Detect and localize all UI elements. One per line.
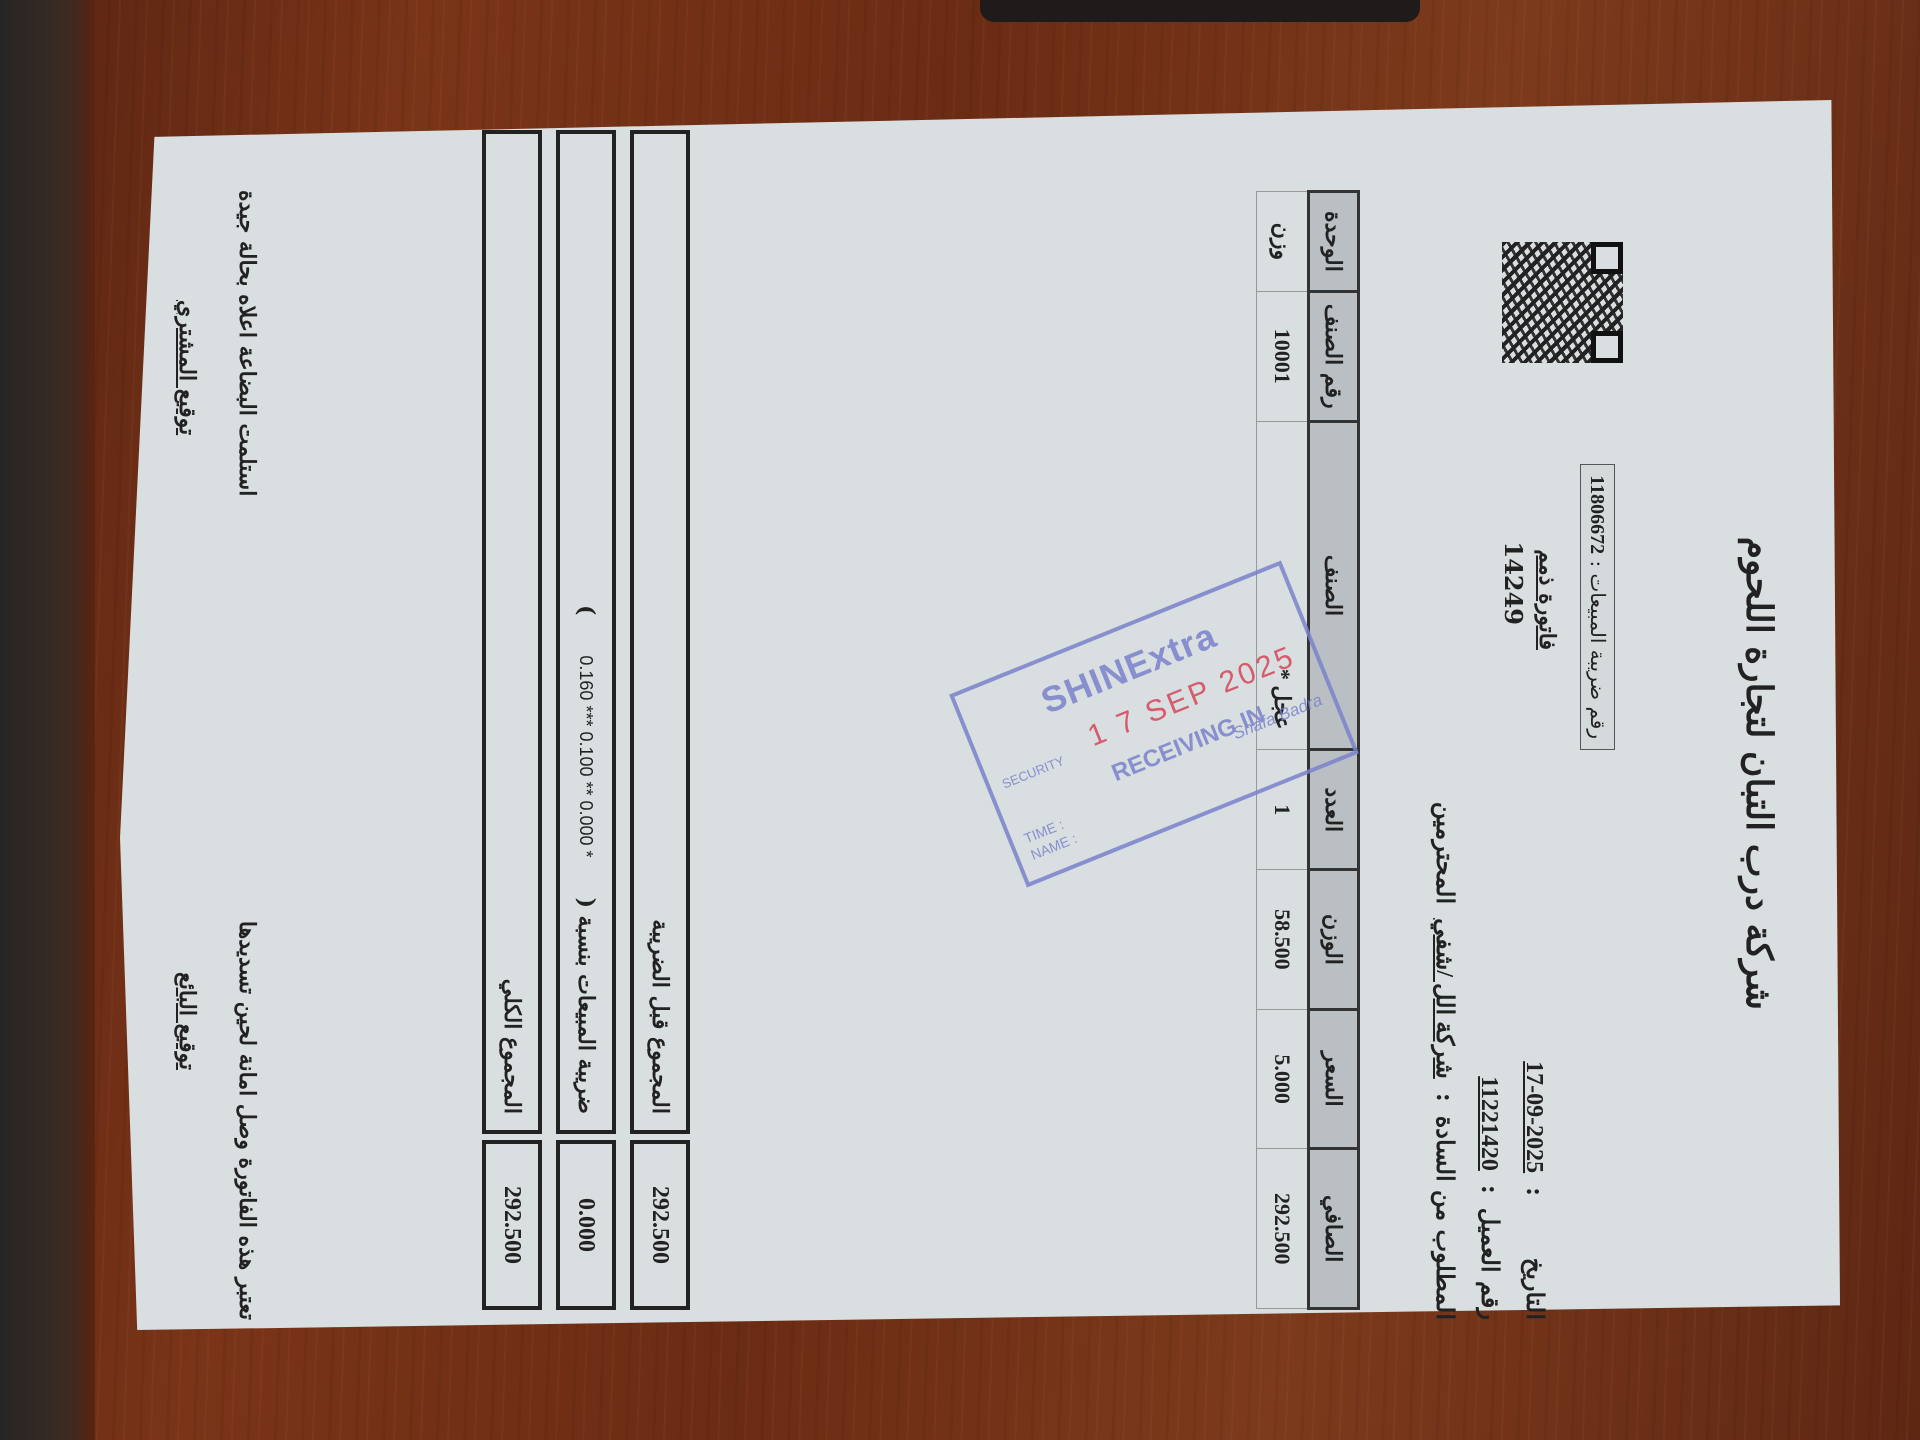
- tax-value: 0.000: [556, 1140, 616, 1310]
- company-name: شركة درب التبان لتجارة اللحوم: [1738, 537, 1780, 1010]
- cell-unit: وزن: [1257, 192, 1309, 292]
- tax-close: ): [573, 605, 599, 615]
- cell-weight: 58.500: [1257, 870, 1309, 1010]
- total-label: المجموع الكلي: [482, 130, 542, 1134]
- trust-receipt-note: تعتبر هذه الفاتورة وصل امانة لحين تسديده…: [234, 921, 260, 1320]
- tax-number-box: رقم ضريبة المبيعات : 11806672: [1580, 464, 1615, 750]
- qr-code: [1500, 240, 1625, 365]
- customer-number-row: رقم العميل : 11221420: [1475, 1076, 1505, 1320]
- date-row: التاريخ : 17-09-2025: [1520, 1061, 1550, 1320]
- invoice-type: فاتورة ذمم: [1534, 549, 1560, 650]
- customer-number-label: رقم العميل: [1476, 1208, 1505, 1320]
- column-header-price: السعر: [1309, 1009, 1359, 1149]
- invoice-number: 14249: [1499, 542, 1528, 626]
- billed-to-label: المطلوب من السادة: [1431, 1116, 1460, 1320]
- dark-object-on-desk: [980, 0, 1420, 22]
- customer-number-value: 11221420: [1475, 1076, 1502, 1171]
- cell-net: 292.500: [1257, 1149, 1309, 1309]
- tax-label: ضريبة المبيعات بنسبة ( 0.160 *** 0.100 *…: [556, 130, 616, 1134]
- stamp-security-label: SECURITY: [1000, 753, 1067, 792]
- column-header-unit: الوحدة: [1309, 192, 1359, 292]
- billed-to-suffix: المحترمين: [1431, 802, 1460, 904]
- totals-section: 292.500 المجموع قبل الضريبة 0.000 ضريبة …: [468, 130, 690, 1310]
- subtotal-label: المجموع قبل الضريبة: [630, 130, 690, 1134]
- buyer-signature-label: توقيع المشتري: [174, 300, 200, 435]
- separator: :: [1431, 1093, 1460, 1102]
- seller-signature-label: توقيع البائع: [174, 972, 200, 1070]
- separator: :: [1521, 1187, 1550, 1196]
- total-value: 292.500: [482, 1140, 542, 1310]
- total-label-text: المجموع الكلي: [499, 979, 525, 1114]
- separator: :: [1476, 1185, 1505, 1194]
- total-row: 292.500 المجموع الكلي: [482, 130, 542, 1310]
- tax-number-label: رقم ضريبة المبيعات :: [1586, 560, 1610, 739]
- tax-row: 0.000 ضريبة المبيعات بنسبة ( 0.160 *** 0…: [556, 130, 616, 1310]
- column-header-item-no: رقم الصنف: [1309, 291, 1359, 421]
- tax-rates: 0.160 *** 0.100 ** 0.000 *: [576, 655, 597, 857]
- cell-price: 5.000: [1257, 1009, 1309, 1149]
- cell-item-no: 10001: [1257, 291, 1309, 421]
- tax-label-text: ضريبة المبيعات بنسبة (: [573, 898, 599, 1114]
- date-label: التاريخ: [1521, 1210, 1550, 1320]
- column-header-net: الصافي: [1309, 1149, 1359, 1309]
- subtotal-label-text: المجموع قبل الضريبة: [647, 919, 673, 1114]
- invoice-document: شركة درب التبان لتجارة اللحوم رقم ضريبة …: [80, 110, 1800, 1340]
- date-value: 17-09-2025: [1520, 1061, 1547, 1173]
- billed-to-row: المطلوب من السادة : شركة الل /شفي المحتر…: [1430, 802, 1460, 1320]
- goods-received-note: استلمت البضاعة اعلاه بحالة جيدة: [234, 190, 260, 496]
- tax-number: 11806672: [1586, 475, 1608, 554]
- subtotal-row: 292.500 المجموع قبل الضريبة: [630, 130, 690, 1310]
- column-header-weight: الوزن: [1309, 870, 1359, 1010]
- billed-to-value: شركة الل /شفي: [1430, 918, 1459, 1079]
- subtotal-value: 292.500: [630, 1140, 690, 1310]
